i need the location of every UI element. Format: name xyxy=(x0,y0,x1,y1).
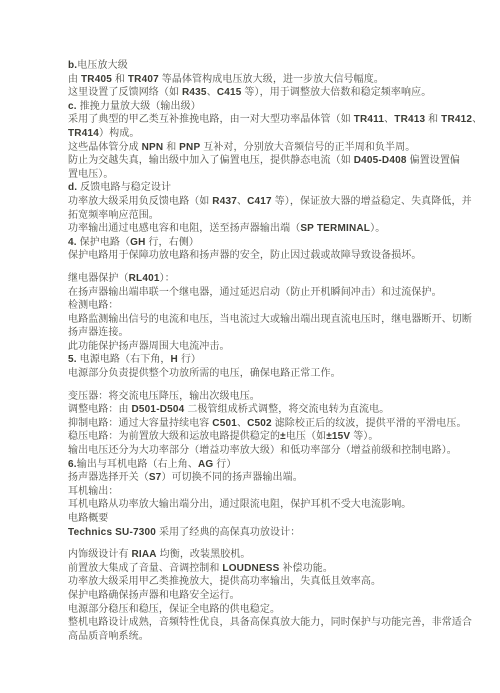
body-text: 、 xyxy=(384,114,394,125)
body-text: ）。 xyxy=(370,223,385,234)
text-line: 电源部分稳压和稳压，保证全电路的供电稳定。 xyxy=(68,603,444,617)
emphasis-text: PNP xyxy=(179,142,200,153)
text-line: 置电压）。 xyxy=(68,168,444,182)
body-text: 前置放大集成了音量、音调控制和 xyxy=(68,563,222,574)
body-text: 采用了经典的高保真功放设计： xyxy=(156,527,300,538)
body-text: 滤除校正后的纹波，提供平滑的平滑电压。 xyxy=(272,418,467,429)
body-text: 输出与耳机电路（右上角、 xyxy=(77,459,198,470)
text-line: 由 TR405 和 TR407 等晶体管构成电压放大级，进一步放大信号幅度。 xyxy=(68,73,444,87)
body-text: 二极管组成桥式调整，将交流电转为直流电。 xyxy=(184,404,389,415)
emphasis-text: 4. xyxy=(68,237,77,248)
body-text: 等），保证放大器的增益稳定、失真降低，并 xyxy=(272,196,472,207)
body-text: 防止为交越失真，输出级中加入了偏置电压，提供静态电流（如 xyxy=(68,155,354,166)
text-line: 输出电压还分为大功率部分（增益功率放大级）和低功率部分（增益前级和控制电路）。 xyxy=(68,444,444,458)
emphasis-text: d. xyxy=(68,182,77,193)
body-text: 电压（如 xyxy=(286,431,326,442)
emphasis-text: TR413 xyxy=(394,114,425,125)
body-text: 和 xyxy=(425,114,441,125)
emphasis-text: TR412 xyxy=(441,114,472,125)
emphasis-text: b. xyxy=(68,60,77,71)
body-text: 扬声器选择开关（ xyxy=(68,472,149,483)
body-text: 电源部分负责提供整个功放所需的电压，确保电路正常工作。 xyxy=(68,368,341,379)
text-line: 4. 保护电路（GH 行，右侧） xyxy=(68,236,444,250)
emphasis-text: TR414 xyxy=(68,128,99,139)
body-text: 内饰级设计有 xyxy=(68,549,131,560)
text-line: 稳压电路：为前置放大级和运放电路提供稳定的±电压（如±15V 等）。 xyxy=(68,430,444,444)
body-text: 、 xyxy=(237,196,247,207)
body-text: 和 xyxy=(163,142,179,153)
text-line: 这些晶体管分成 NPN 和 PNP 互补对，分别放大音频信号的正半周和负半周。 xyxy=(68,141,444,155)
emphasis-text: C417 xyxy=(247,196,272,207)
blank-line xyxy=(68,381,444,390)
body-text: 稳压电路：为前置放大级和运放电路提供稳定的 xyxy=(68,431,280,442)
body-text: 保护电路确保扬声器和电路安全运行。 xyxy=(68,590,240,601)
body-text: 行） xyxy=(213,459,236,470)
text-line: 采用了典型的甲乙类互补推挽电路，由一对大型功率晶体管（如 TR411、TR413… xyxy=(68,113,444,127)
emphasis-text: NPN xyxy=(142,142,164,153)
body-text: 反馈电路与稳定设计 xyxy=(77,182,171,193)
emphasis-text: LOUDNESS xyxy=(222,563,279,574)
emphasis-text: Technics SU-7300 xyxy=(68,527,156,538)
body-text: 功率输出通过电感电容和电阻，送至扬声器输出端（ xyxy=(68,223,300,234)
body-text: 继电器保护（ xyxy=(68,273,129,284)
body-text: 输出电压还分为大功率部分（增益功率放大级）和低功率部分（增益前级和控制电路）。 xyxy=(68,445,457,456)
emphasis-text: TR405 xyxy=(81,74,112,85)
body-text: 功率放大级采用甲乙类推挽放大，提供高功率输出，失真低且效率高。 xyxy=(68,576,381,587)
blank-line xyxy=(68,263,444,272)
emphasis-text: R435 xyxy=(182,87,207,98)
body-text: ）可切换不同的扬声器输出端。 xyxy=(161,472,302,483)
body-text: 调整电路：由 xyxy=(68,404,131,415)
body-text: 电路概要 xyxy=(68,513,108,524)
body-text: 互补对，分别放大音频信号的正半周和负半周。 xyxy=(200,142,415,153)
body-text: 在扬声器输出端串联一个继电器，通过延迟启动（防止开机瞬间冲击）和过流保护。 xyxy=(68,287,442,298)
emphasis-text: c. xyxy=(68,101,77,112)
text-line: 耳机输出： xyxy=(68,485,444,499)
body-text: 偏置设置偏 xyxy=(407,155,460,166)
text-line: 防止为交越失真，输出级中加入了偏置电压，提供静态电流（如 D405-D408 偏… xyxy=(68,154,444,168)
text-line: 功率放大级采用负反馈电路（如 R437、C417 等），保证放大器的增益稳定、失… xyxy=(68,195,444,209)
text-line: 前置放大集成了音量、音调控制和 LOUDNESS 补偿功能。 xyxy=(68,562,444,576)
body-text: 保护电路用于保障功放电路和扬声器的安全，防止因过载或故障导致设备损坏。 xyxy=(68,250,422,261)
body-text: 均衡，改装黑胶机。 xyxy=(157,549,251,560)
text-line: 变压器：将交流电压降压，输出次级电压。 xyxy=(68,390,444,404)
emphasis-text: TR411 xyxy=(354,114,384,125)
body-text: 等）。 xyxy=(350,431,378,442)
body-text: 拓宽频率响应范围。 xyxy=(68,210,159,221)
text-line: 整机电路设计成熟，音频特性优良，具备高保真放大能力，同时保护与功能完善，非常适合 xyxy=(68,616,444,630)
text-line: 功率放大级采用甲乙类推挽放大，提供高功率输出，失真低且效率高。 xyxy=(68,575,444,589)
emphasis-text: S7 xyxy=(149,472,162,483)
text-line: Technics SU-7300 采用了经典的高保真功放设计： xyxy=(68,526,444,540)
text-line: TR414）构成。 xyxy=(68,127,444,141)
text-line: 此功能保护扬声器周围大电流冲击。 xyxy=(68,340,444,354)
text-line: 在扬声器输出端串联一个继电器，通过延迟启动（防止开机瞬间冲击）和过流保护。 xyxy=(68,286,444,300)
emphasis-text: C415 xyxy=(217,87,242,98)
blank-line xyxy=(68,539,444,548)
body-text: 等晶体管构成电压放大级，进一步放大信号幅度。 xyxy=(159,74,384,85)
emphasis-text: 6. xyxy=(68,459,77,470)
text-line: 调整电路：由 D501-D504 二极管组成桥式调整，将交流电转为直流电。 xyxy=(68,403,444,417)
body-text: 采用了典型的甲乙类互补推挽电路，由一对大型功率晶体管（如 xyxy=(68,114,354,125)
body-text: 和 xyxy=(112,74,128,85)
emphasis-text: R437 xyxy=(212,196,237,207)
body-text: 等），用于调整放大倍数和稳定频率响应。 xyxy=(242,87,432,98)
body-text: 补偿功能。 xyxy=(280,563,333,574)
body-text: 这些晶体管分成 xyxy=(68,142,142,153)
emphasis-text: 5. xyxy=(68,354,77,365)
text-line: 5. 电源电路（右下角，H 行） xyxy=(68,353,444,367)
text-line: 检测电路： xyxy=(68,299,444,313)
emphasis-text: RIAA xyxy=(131,549,156,560)
body-text: ）构成。 xyxy=(99,128,139,139)
text-line: 保护电路确保扬声器和电路安全运行。 xyxy=(68,589,444,603)
text-line: 抑制电路：通过大容量持续电容 C501、C502 滤除校正后的纹波，提供平滑的平… xyxy=(68,417,444,431)
text-line: d. 反馈电路与稳定设计 xyxy=(68,181,444,195)
text-line: 电路概要 xyxy=(68,512,444,526)
emphasis-text: RL401 xyxy=(129,273,160,284)
emphasis-text: C501 xyxy=(212,418,237,429)
body-text: 保护电路（ xyxy=(77,237,130,248)
text-line: 电源部分负责提供整个功放所需的电压，确保电路正常工作。 xyxy=(68,367,444,381)
body-text: 、 xyxy=(207,87,217,98)
body-text: 电源电路（右下角， xyxy=(77,354,171,365)
body-text: 行，右侧） xyxy=(146,237,199,248)
text-line: b.电压放大级 xyxy=(68,59,444,73)
body-text: 耳机输出： xyxy=(68,486,119,497)
body-text: 高品质音响系统。 xyxy=(68,631,149,642)
emphasis-text: D405-D408 xyxy=(354,155,407,166)
body-text: 、 xyxy=(237,418,247,429)
text-line: 扬声器连接。 xyxy=(68,326,444,340)
text-line: 6.输出与耳机电路（右上角、AG 行） xyxy=(68,458,444,472)
text-line: 内饰级设计有 RIAA 均衡，改装黑胶机。 xyxy=(68,548,444,562)
body-text: 检测电路： xyxy=(68,300,119,311)
text-line: 耳机电路从功率放大输出端分出，通过限流电阻，保护耳机不受大电流影响。 xyxy=(68,498,444,512)
body-text: ）： xyxy=(160,273,175,284)
body-text: 、 xyxy=(472,114,482,125)
text-line: 拓宽频率响应范围。 xyxy=(68,209,444,223)
body-text: 变压器：将交流电压降压，输出次级电压。 xyxy=(68,391,260,402)
text-line: 高品质音响系统。 xyxy=(68,630,444,644)
emphasis-text: GH xyxy=(130,237,145,248)
body-text: 这里设置了反馈网络（如 xyxy=(68,87,182,98)
text-line: 这里设置了反馈网络（如 R435、C415 等），用于调整放大倍数和稳定频率响应… xyxy=(68,86,444,100)
document-body: b.电压放大级由 TR405 和 TR407 等晶体管构成电压放大级，进一步放大… xyxy=(68,59,444,643)
body-text: 电路监测输出信号的电流和电压，当电流过大或输出端出现直流电压时，继电器断开、切断 xyxy=(68,314,472,325)
body-text: 整机电路设计成熟，音频特性优良，具备高保真放大能力，同时保护与功能完善，非常适合 xyxy=(68,617,472,628)
body-text: 电压放大级 xyxy=(77,60,128,71)
text-line: 保护电路用于保障功放电路和扬声器的安全，防止因过载或故障导致设备损坏。 xyxy=(68,249,444,263)
body-text: 置电压）。 xyxy=(68,169,114,180)
document-page: b.电压放大级由 TR405 和 TR407 等晶体管构成电压放大级，进一步放大… xyxy=(0,0,500,693)
text-line: c. 推挽力量放大级（输出级） xyxy=(68,100,444,114)
emphasis-text: ±15V xyxy=(326,431,350,442)
emphasis-text: C502 xyxy=(247,418,272,429)
emphasis-text: AG xyxy=(198,459,213,470)
body-text: 由 xyxy=(68,74,81,85)
text-line: 扬声器选择开关（S7）可切换不同的扬声器输出端。 xyxy=(68,471,444,485)
body-text: 电源部分稳压和稳压，保证全电路的供电稳定。 xyxy=(68,604,280,615)
emphasis-text: H xyxy=(171,354,178,365)
emphasis-text: SP TERMINAL xyxy=(300,223,370,234)
body-text: 抑制电路：通过大容量持续电容 xyxy=(68,418,212,429)
body-text: 功率放大级采用负反馈电路（如 xyxy=(68,196,212,207)
emphasis-text: D501-D504 xyxy=(131,404,184,415)
body-text: 行） xyxy=(178,354,201,365)
body-text: 耳机电路从功率放大输出端分出，通过限流电阻，保护耳机不受大电流影响。 xyxy=(68,499,411,510)
text-line: 功率输出通过电感电容和电阻，送至扬声器输出端（SP TERMINAL）。 xyxy=(68,222,444,236)
emphasis-text: TR407 xyxy=(128,74,159,85)
body-text: 扬声器连接。 xyxy=(68,327,129,338)
body-text: 推挽力量放大级（输出级） xyxy=(77,101,201,112)
body-text: 此功能保护扬声器周围大电流冲击。 xyxy=(68,341,230,352)
text-line: 电路监测输出信号的电流和电压，当电流过大或输出端出现直流电压时，继电器断开、切断 xyxy=(68,313,444,327)
text-line: 继电器保护（RL401）： xyxy=(68,272,444,286)
